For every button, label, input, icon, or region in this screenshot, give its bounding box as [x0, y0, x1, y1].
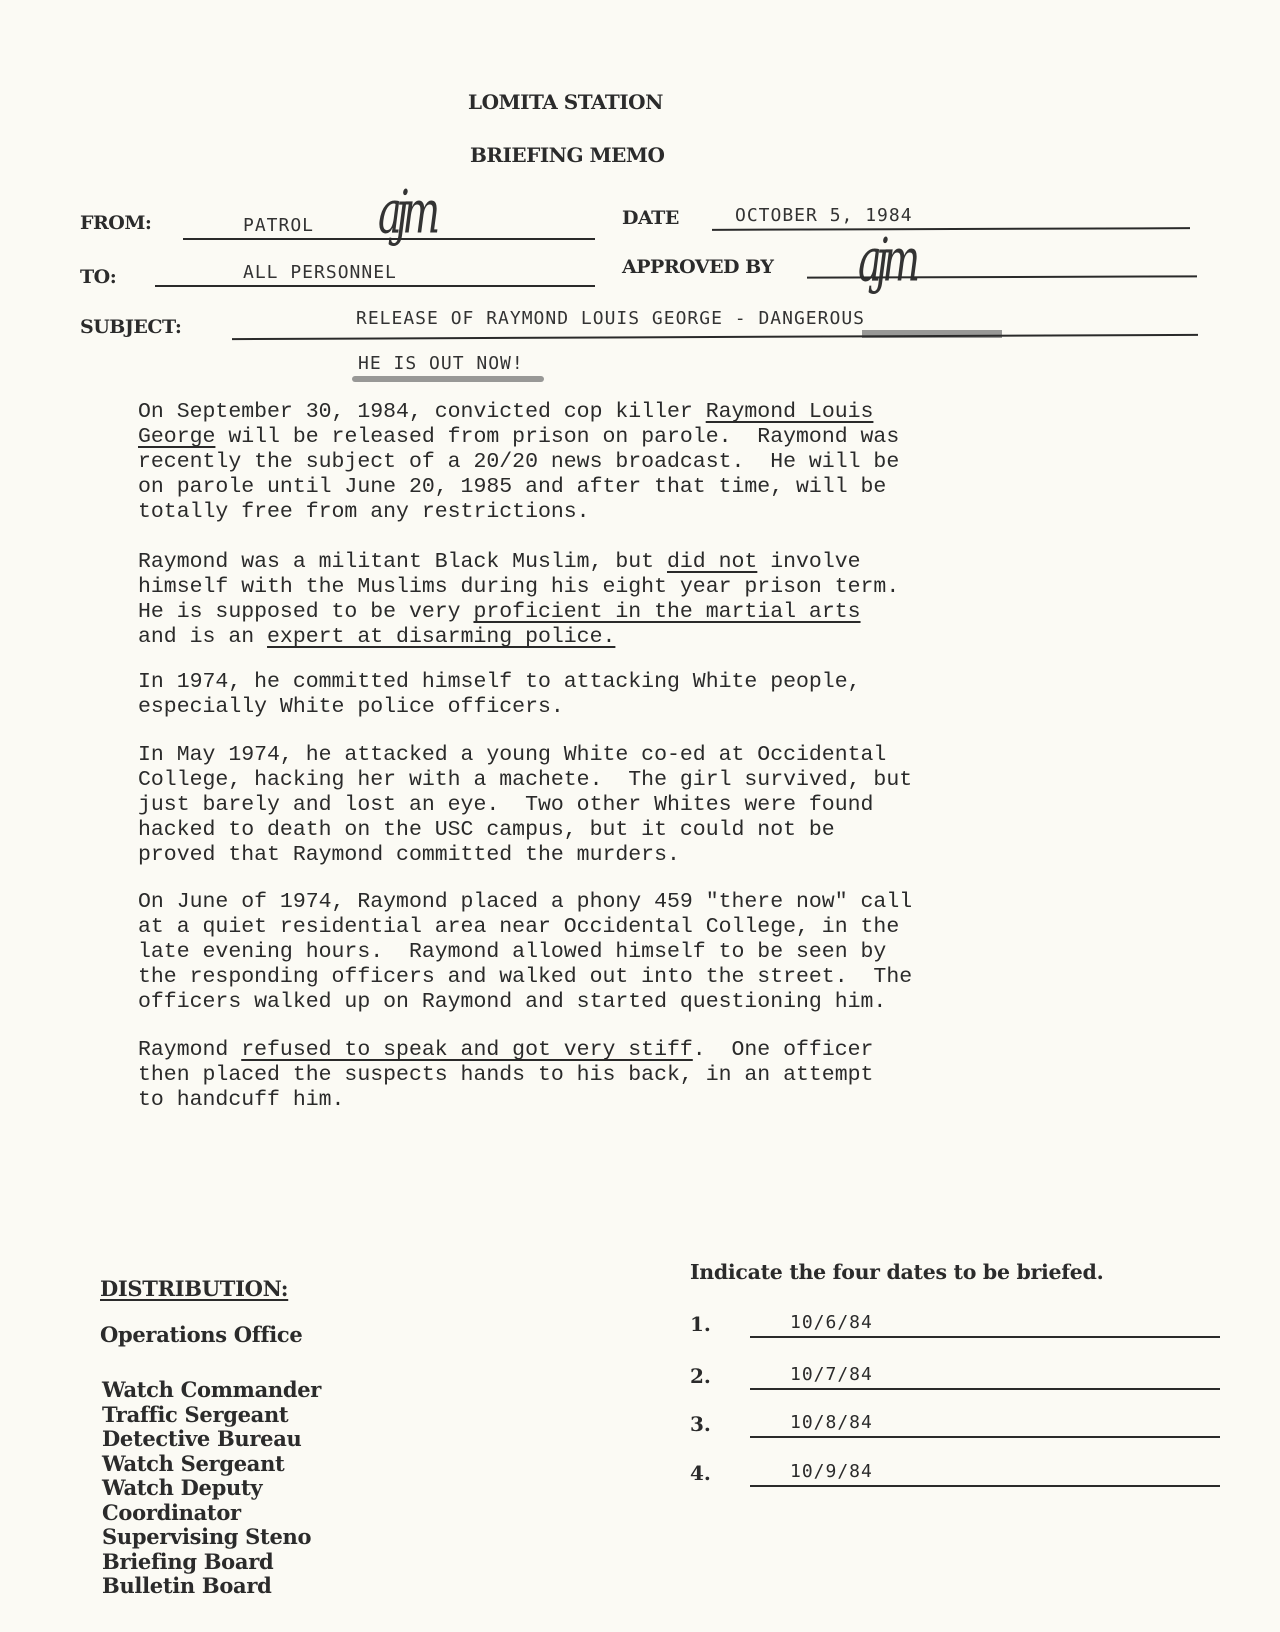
briefing-date-number: 3. [690, 1412, 711, 1436]
briefing-date-line [750, 1388, 1220, 1390]
p6-underlined-refused: refused to speak and got very stiff [241, 1038, 693, 1062]
p1-underlined-surname: George [138, 425, 215, 449]
briefing-date-value: 10/8/84 [790, 1412, 873, 1433]
briefing-date-line [750, 1485, 1220, 1487]
to-label: TO: [80, 266, 116, 288]
from-value: PATROL [243, 215, 314, 236]
paragraph-6: Raymond refused to speak and got very st… [138, 1038, 1058, 1113]
distribution-item: Bulletin Board [102, 1574, 321, 1599]
p1-text-rest: will be released from prison on parole. … [138, 425, 899, 524]
distribution-item: Watch Sergeant [102, 1452, 321, 1477]
paragraph-1: On September 30, 1984, convicted cop kil… [138, 400, 1058, 525]
from-line [183, 238, 595, 240]
paragraph-3: In 1974, he committed himself to attacki… [138, 670, 1058, 720]
paragraph-5: On June of 1974, Raymond placed a phony … [138, 890, 1058, 1015]
distribution-primary: Operations Office [100, 1322, 302, 1347]
briefing-instruction: Indicate the four dates to be briefed. [690, 1260, 1103, 1284]
p2-underlined-martial-arts: proficient in the martial arts [473, 600, 860, 624]
distribution-item: Briefing Board [102, 1550, 321, 1575]
p1-underlined-name: Raymond Louis [706, 400, 874, 424]
subject-line-2: HE IS OUT NOW! [358, 353, 524, 374]
p2-underlined-did-not: did not [667, 550, 757, 574]
p2-underlined-disarming: expert at disarming police. [267, 625, 615, 649]
from-label: FROM: [80, 212, 151, 234]
subject-value: RELEASE OF RAYMOND LOUIS GEORGE - DANGER… [356, 308, 865, 329]
distribution-item: Traffic Sergeant [102, 1403, 321, 1428]
to-line [155, 285, 595, 287]
date-line [712, 227, 1190, 231]
paragraph-2: Raymond was a militant Black Muslim, but… [138, 550, 1058, 650]
briefing-date-number: 2. [690, 1364, 711, 1388]
to-value: ALL PERSONNEL [243, 262, 397, 283]
distribution-item: Watch Deputy [102, 1476, 321, 1501]
distribution-item: Supervising Steno [102, 1525, 321, 1550]
distribution-list: Watch Commander Traffic Sergeant Detecti… [102, 1378, 321, 1599]
briefing-date-value: 10/6/84 [790, 1312, 873, 1333]
approved-by-line [807, 275, 1197, 278]
distribution-item: Coordinator [102, 1501, 321, 1526]
p6-text: Raymond [138, 1038, 241, 1062]
date-label: DATE [622, 207, 679, 229]
briefing-date-number: 1. [690, 1312, 711, 1336]
paragraph-4: In May 1974, he attacked a young White c… [138, 743, 1058, 868]
briefing-date-line [750, 1436, 1220, 1438]
subject-underline-mark [352, 376, 544, 382]
briefing-date-number: 4. [690, 1461, 711, 1485]
subject-line [232, 334, 1198, 340]
briefing-date-value: 10/9/84 [790, 1461, 873, 1482]
approved-initials-signature: ajm [858, 227, 914, 296]
briefing-date-value: 10/7/84 [790, 1364, 873, 1385]
briefing-date-line [750, 1336, 1220, 1338]
distribution-item: Watch Commander [102, 1378, 321, 1403]
p2-text: Raymond was a militant Black Muslim, but [138, 550, 667, 574]
memo-page: LOMITA STATION BRIEFING MEMO FROM: PATRO… [0, 0, 1280, 1632]
station-title: LOMITA STATION [468, 90, 663, 114]
approved-by-label: APPROVED BY [622, 256, 773, 278]
p1-text: On September 30, 1984, convicted cop kil… [138, 400, 706, 424]
p2-text-end: and is an [138, 625, 267, 649]
distribution-title: DISTRIBUTION: [100, 1276, 288, 1301]
subject-label: SUBJECT: [80, 316, 181, 338]
date-value: OCTOBER 5, 1984 [735, 205, 913, 226]
distribution-item: Detective Bureau [102, 1427, 321, 1452]
memo-title: BRIEFING MEMO [470, 143, 664, 167]
